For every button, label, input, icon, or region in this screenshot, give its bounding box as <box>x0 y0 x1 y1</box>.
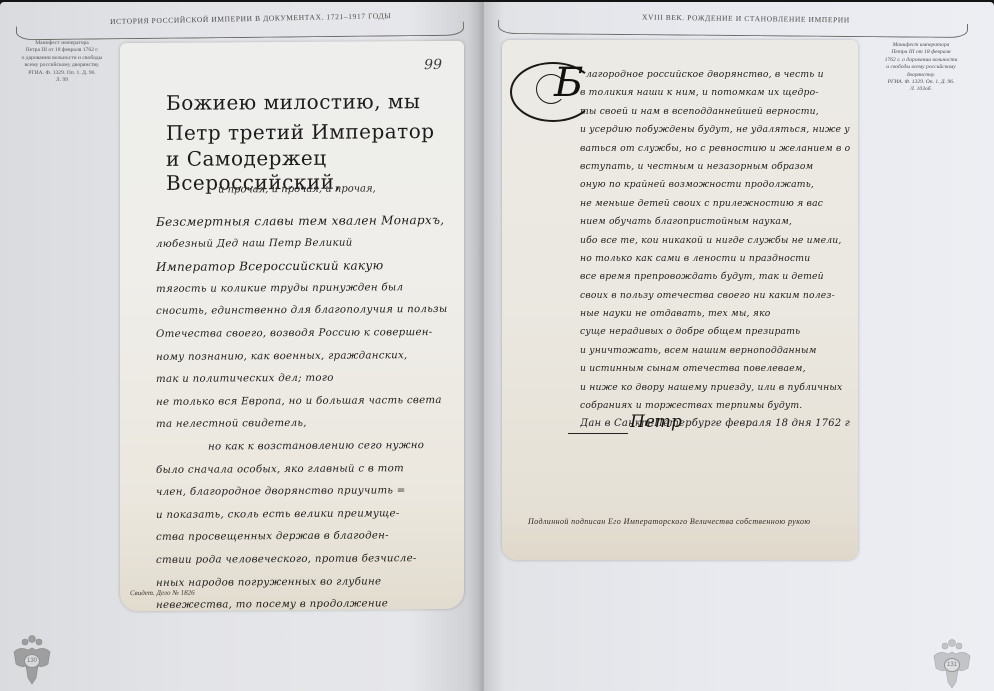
manuscript-line: собраниях и торжествах терпимы будут. <box>580 397 850 415</box>
manuscript-line: и уничтожать, всем нашим верноподданным <box>580 342 850 360</box>
manuscript-line: вступать, и честным и незазорным образом <box>580 158 850 176</box>
manuscript-line: в толикия наши к ним, и потомкам их щедр… <box>580 84 850 102</box>
manuscript-page-right: Б лагородное российское дворянство, в че… <box>502 40 858 560</box>
manuscript-line: и показать, сколь есть велики преимуще- <box>156 503 456 528</box>
manuscript-line: ства просвещенных держав в благоден- <box>156 525 456 550</box>
manuscript-body-left: Безсмертныя славы тем хвален Монархъ, лю… <box>156 209 456 611</box>
manuscript-line: ваться от службы, но с ревностию и желан… <box>580 140 850 158</box>
manuscript-line: та нелестной свидетель, <box>156 412 456 437</box>
decorated-initial: Б <box>554 60 583 106</box>
manuscript-date-line: Дан в Санкт-Петербурге февраля 18 дня 17… <box>580 415 850 433</box>
manuscript-line: любезный Дед наш Петр Великий <box>156 231 456 256</box>
double-headed-eagle-icon: 131 <box>930 638 974 690</box>
caption-line: и свободы всему российскому <box>868 64 974 71</box>
page-number-right: 131 <box>944 658 960 672</box>
manuscript-line: так и политических дел; того <box>156 367 456 392</box>
manuscript-heading-line: Божиею милостию, мы <box>166 89 420 115</box>
manuscript-line: и истинным сынам отечества повелеваем, <box>580 360 850 378</box>
manuscript-line: нием обучать благопристойным наукам, <box>580 213 850 231</box>
manuscript-line: все время препровождать будут, так и дет… <box>580 268 850 286</box>
manuscript-line: не меньше детей своих с прилежностию я в… <box>580 195 850 213</box>
caption-line: дворянству. <box>868 72 974 79</box>
manuscript-line: оную по крайней возможности продолжать, <box>580 176 850 194</box>
book-spread: История Российской империи в документах.… <box>0 0 994 691</box>
signature-rule <box>568 433 628 434</box>
manuscript-line: и ниже ко двору нашему приезду, или в пу… <box>580 379 850 397</box>
caption-line: Петра III от 18 февраля 1762 г. <box>12 47 112 54</box>
manuscript-page-left: 99 Божиею милостию, мы Петр третий Импер… <box>120 41 464 611</box>
caption-line: Петра III от 18 февраля <box>868 49 974 56</box>
manuscript-line: нных народов погруженных во глубине <box>156 570 456 595</box>
manuscript-line: но как к возстановлению сего нужно <box>156 435 456 460</box>
manuscript-body-right: лагородное российское дворянство, в чест… <box>580 66 850 434</box>
archive-note: Свидет. Дело № 1826 <box>130 589 195 597</box>
manuscript-heading-line: Петр третий Император <box>166 119 435 145</box>
right-caption: Манифест императора Петра III от 18 февр… <box>868 42 974 94</box>
archive-note: Подлинной подписан Его Императорского Ве… <box>528 517 810 526</box>
page-number-left: 130 <box>24 654 40 668</box>
manuscript-line: ствии рода человеческого, против безчисл… <box>156 548 456 573</box>
manuscript-line: и усердию побуждены будут, не удаляться,… <box>580 121 850 139</box>
double-headed-eagle-icon: 130 <box>10 634 54 686</box>
manuscript-line: Отечества своего, возводя Россию к совер… <box>156 322 456 347</box>
manuscript-line: ному познанию, как военных, гражданских, <box>156 344 456 369</box>
manuscript-line: Безсмертныя славы тем хвален Монархъ, <box>156 209 456 234</box>
caption-line: РГИА. Ф. 1329. Оп. 1. Д. 96. <box>12 70 112 77</box>
manuscript-line: не только вся Европа, но и большая часть… <box>156 390 456 415</box>
manuscript-line: ты своей и нам в всеподданнейшей верност… <box>580 103 850 121</box>
manuscript-line: но только как сами в лености и праздност… <box>580 250 850 268</box>
left-caption: Манифест императора Петра III от 18 февр… <box>12 40 112 84</box>
caption-line: Л. 99 <box>12 77 112 84</box>
manuscript-line: невежества, то посему в продолжение <box>156 593 456 611</box>
manuscript-line: ные науки не отдавать, тех мы, яко <box>580 305 850 323</box>
manuscript-line: тягость и коликие труды принужден был <box>156 277 456 302</box>
signature: Петр <box>630 412 682 432</box>
manuscript-line: ибо все те, кои никакой и нигде службы н… <box>580 232 850 250</box>
folio-number: 99 <box>424 57 442 73</box>
manuscript-line: своих в пользу отечества своего ни каким… <box>580 287 850 305</box>
caption-line: Л. 103об. <box>868 86 974 93</box>
manuscript-line: Император Всероссийский какую <box>156 254 456 279</box>
manuscript-greeting: и прочая, и прочая, и прочая, <box>218 183 376 195</box>
manuscript-line: член, благородное дворянство приучить = <box>156 480 456 505</box>
manuscript-line: лагородное российское дворянство, в чест… <box>580 66 850 84</box>
manuscript-line: суще нерадивых о добре общем презирать <box>580 323 850 341</box>
manuscript-line: было сначала особых, яко главный с в тот <box>156 457 456 482</box>
manuscript-line: сносить, единственно для благополучия и … <box>156 299 456 324</box>
caption-line: всему российскому дворянству. <box>12 62 112 69</box>
